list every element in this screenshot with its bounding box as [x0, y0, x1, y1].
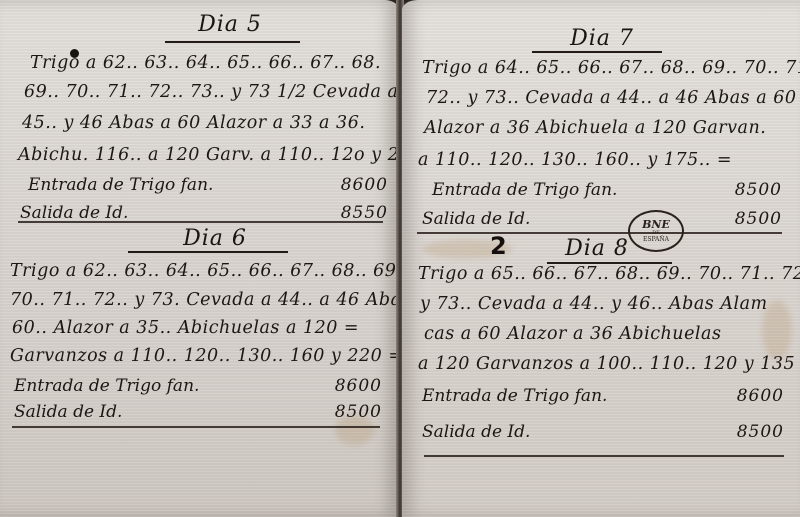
salida-amount: 8550	[341, 203, 388, 223]
entry-divider	[18, 221, 383, 223]
salida-row: Salida de Id. 8550	[20, 203, 388, 223]
salida-label: Salida de Id.	[14, 402, 122, 422]
entrada-amount: 8600	[737, 386, 784, 406]
entrada-row: Entrada de Trigo fan. 8500	[432, 180, 782, 200]
entrada-label: Entrada de Trigo fan.	[422, 386, 607, 406]
price-line: Trigo a 64.. 65.. 66.. 67.. 68.. 69.. 70…	[422, 58, 800, 78]
entrada-row: Entrada de Trigo fan. 8600	[422, 386, 784, 406]
price-line: 72.. y 73.. Cevada a 44.. a 46 Abas a 60	[426, 88, 797, 108]
entrada-label: Entrada de Trigo fan.	[14, 376, 199, 396]
salida-row: Salida de Id. 8500	[422, 209, 782, 229]
price-line: Trigo a 65.. 66.. 67.. 68.. 69.. 70.. 71…	[418, 264, 800, 284]
entry-heading-dia-7: Dia 7	[542, 26, 662, 51]
entrada-label: Entrada de Trigo fan.	[432, 180, 617, 200]
left-page: Dia 5 Trigo a 62.. 63.. 64.. 65.. 66.. 6…	[0, 0, 398, 517]
entrada-amount: 8600	[341, 175, 388, 195]
price-line: Alazor a 36 Abichuela a 120 Garvan.	[424, 118, 766, 138]
price-line: 60.. Alazor a 35.. Abichuelas a 120 =	[12, 318, 359, 338]
entry-divider	[417, 232, 782, 234]
entrada-amount: 8600	[335, 376, 382, 396]
entry-heading-dia-8: Dia 8	[542, 236, 652, 261]
margin-marker: 2	[490, 232, 507, 260]
salida-label: Salida de Id.	[422, 422, 530, 442]
price-line: Garvanzos a 110.. 120.. 130.. 160 y 220 …	[10, 346, 398, 366]
price-line: Trigo a 62.. 63.. 64.. 65.. 66.. 67.. 68…	[30, 53, 381, 73]
price-line: 69.. 70.. 71.. 72.. 73.. y 73 1/2 Cevada…	[24, 82, 398, 102]
entry-divider	[12, 426, 380, 428]
salida-row: Salida de Id. 8500	[14, 402, 382, 422]
price-line: 70.. 71.. 72.. y 73. Cevada a 44.. a 46 …	[10, 290, 398, 310]
price-line: Trigo a 62.. 63.. 64.. 65.. 66.. 67.. 68…	[10, 261, 396, 281]
entry-divider	[424, 455, 784, 457]
salida-row: Salida de Id. 8500	[422, 422, 784, 442]
price-line: 45.. y 46 Abas a 60 Alazor a 33 a 36.	[22, 113, 365, 133]
salida-amount: 8500	[335, 402, 382, 422]
stamp-initials: BNE	[642, 219, 670, 230]
heading-underline	[532, 51, 662, 53]
entrada-row: Entrada de Trigo fan. 8600	[14, 376, 382, 396]
entrada-row: Entrada de Trigo fan. 8600	[28, 175, 388, 195]
heading-underline	[128, 251, 288, 253]
entrada-label: Entrada de Trigo fan.	[28, 175, 213, 195]
entrada-amount: 8500	[735, 180, 782, 200]
price-line: cas a 60 Alazor a 36 Abichuelas	[424, 324, 721, 344]
paper-texture	[0, 0, 398, 517]
price-line: a 110.. 120.. 130.. 160.. y 175.. =	[418, 150, 732, 170]
entry-heading-dia-5: Dia 5	[170, 12, 290, 37]
salida-label: Salida de Id.	[422, 209, 530, 229]
price-line: y 73.. Cevada a 44.. y 46.. Abas Alam	[420, 294, 768, 314]
salida-amount: 8500	[737, 422, 784, 442]
salida-label: Salida de Id.	[20, 203, 128, 223]
price-line: a 120 Garvanzos a 100.. 110.. 120 y 135	[418, 354, 795, 374]
right-page: Dia 7 Trigo a 64.. 65.. 66.. 67.. 68.. 6…	[402, 0, 800, 517]
price-line: Abichu. 116.. a 120 Garv. a 110.. 12o y …	[18, 145, 398, 165]
salida-amount: 8500	[735, 209, 782, 229]
entry-heading-dia-6: Dia 6	[160, 226, 270, 251]
heading-underline	[165, 41, 300, 43]
